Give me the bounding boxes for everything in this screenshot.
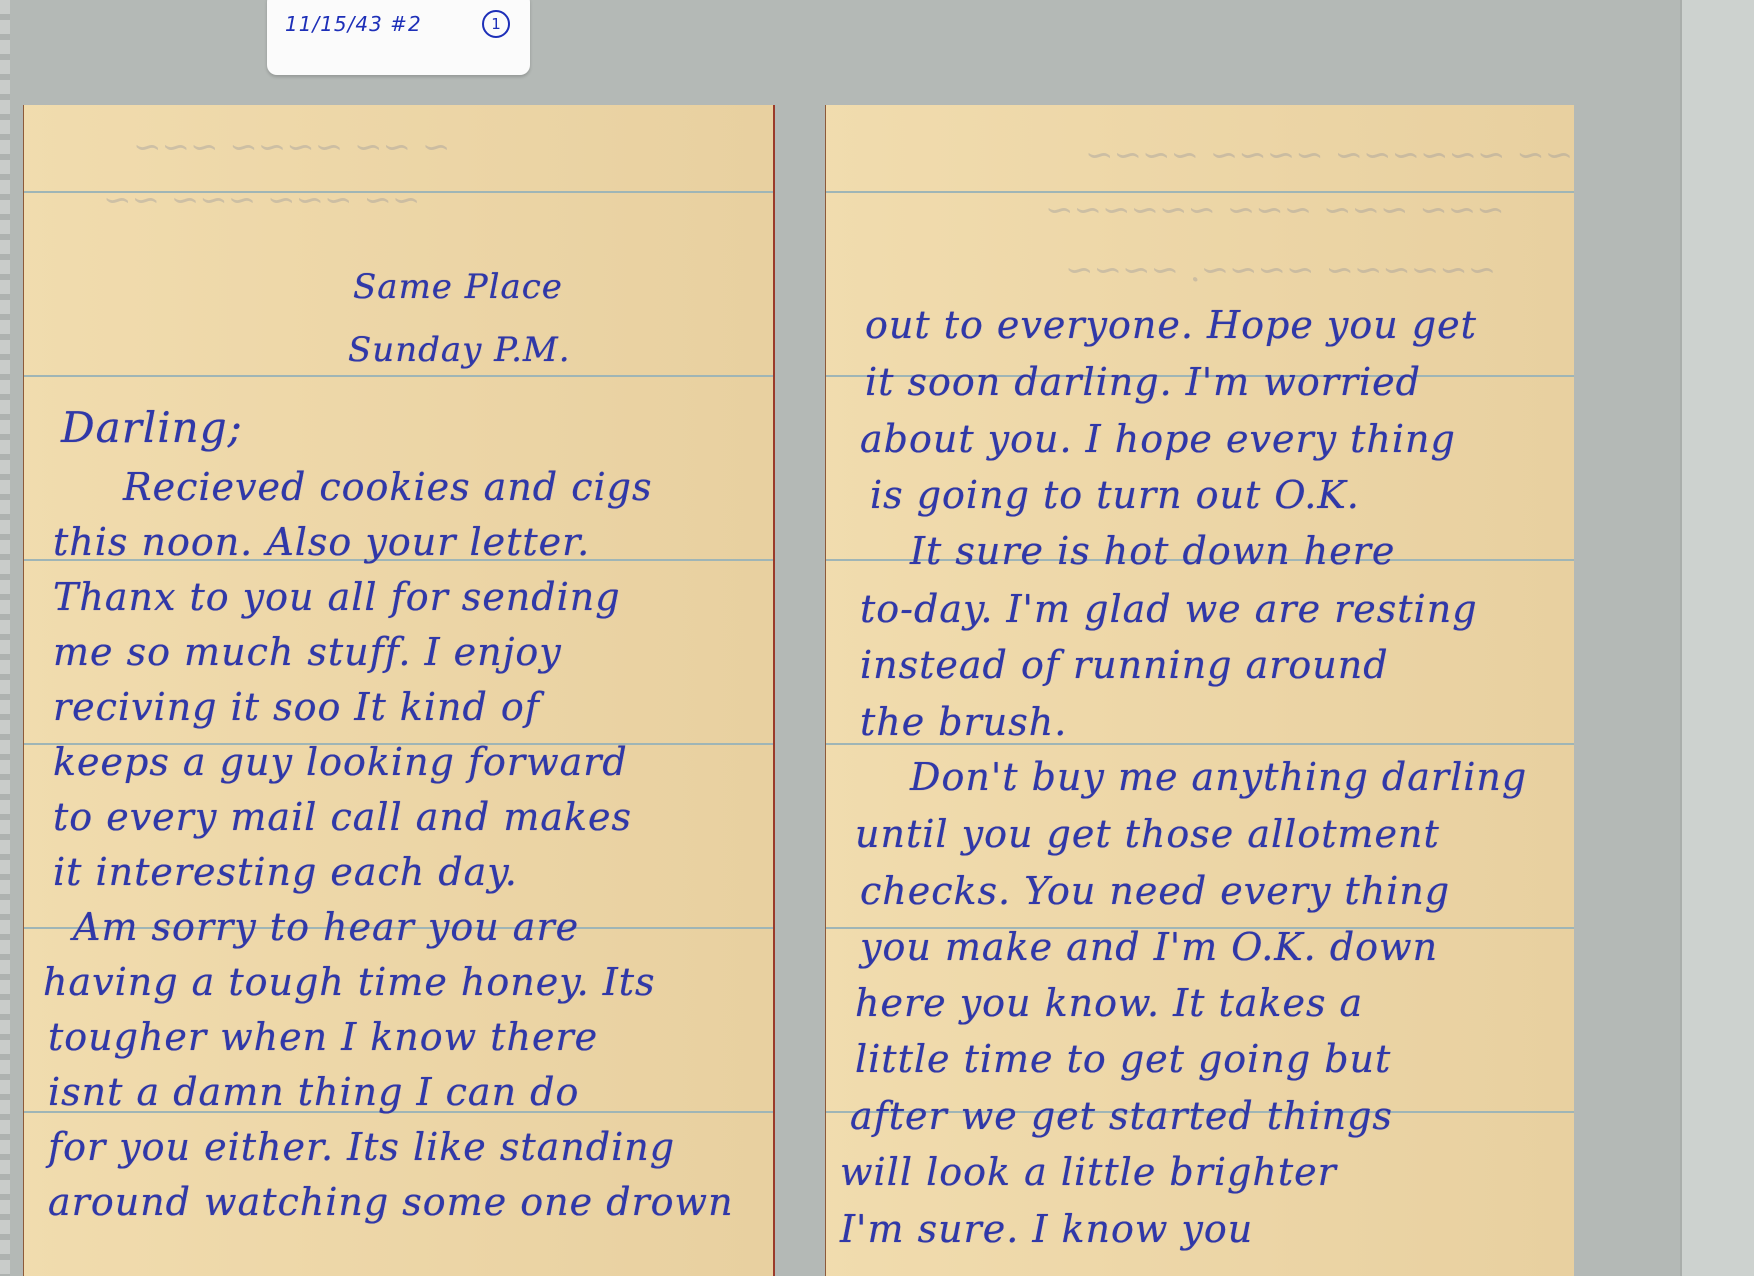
letter-page-left: ~ ~~ ~~~~ ~~~ ~~ ~~~ ~~~ ~~ Same Place S… (23, 105, 775, 1276)
letter-line: for you either. Its like standing (48, 1125, 675, 1169)
letter-line: reciving it soo It kind of (53, 685, 540, 729)
letter-line: it soon darling. I'm worried (865, 360, 1421, 404)
letter-line: instead of running around (860, 643, 1389, 687)
letter-line: having a tough time honey. Its (43, 960, 656, 1004)
letter-line: this noon. Also your letter. (53, 520, 590, 564)
letter-line: out to everyone. Hope you get (865, 303, 1477, 347)
letter-line: Am sorry to hear you are (73, 905, 579, 949)
letter-line: will look a little brighter (840, 1150, 1337, 1194)
archive-label-card: 11/15/43 #2 1 (267, 0, 530, 75)
letter-salutation: Darling; (61, 403, 243, 452)
letter-line: checks. You need every thing (860, 869, 1450, 913)
letter-line: you make and I'm O.K. down (860, 925, 1438, 969)
letter-line: tougher when I know there (48, 1015, 598, 1059)
letter-line: keeps a guy looking forward (53, 740, 628, 784)
letter-day: Sunday P.M. (348, 330, 571, 370)
letter-place: Same Place (353, 267, 563, 307)
letter-line: It sure is hot down here (910, 529, 1395, 573)
letter-line: after we get started things (850, 1094, 1393, 1138)
bleed-through-text: ~~~~~~ ~~~~. ~~~~ (1065, 250, 1496, 290)
letter-line: around watching some one drown (48, 1180, 734, 1224)
letter-line: to every mail call and makes (53, 795, 632, 839)
letter-line: about you. I hope every thing (860, 417, 1456, 461)
letter-line: Don't buy me anything darling (910, 755, 1527, 799)
letter-line: the brush. (860, 700, 1067, 744)
archive-page-number-circled: 1 (482, 10, 510, 38)
letter-line: until you get those allotment (855, 812, 1440, 856)
letter-line: Thanx to you all for sending (53, 575, 621, 619)
sleeve-edge (1680, 0, 1754, 1276)
letter-line: isnt a damn thing I can do (48, 1070, 579, 1114)
sleeve-binding-strip (0, 0, 10, 1276)
letter-line: to-day. I'm glad we are resting (860, 587, 1478, 631)
letter-line: Recieved cookies and cigs (123, 465, 652, 509)
bleed-through-text: ~~ ~~~~~~ ~~~~ ~~~~ (1085, 135, 1573, 175)
bleed-through-text: ~~ ~~~ ~~~ ~~ (103, 180, 420, 220)
letter-line: here you know. It takes a (855, 981, 1363, 1025)
letter-line: me so much stuff. I enjoy (53, 630, 562, 674)
letter-line: I'm sure. I know you (840, 1207, 1253, 1251)
bleed-through-text: ~~~ ~~~ ~~~ ~~~~~~ (1045, 190, 1505, 230)
letter-page-right: ~~ ~~~~~~ ~~~~ ~~~~ ~~~ ~~~ ~~~ ~~~~~~ ~… (825, 105, 1574, 1276)
letter-line: little time to get going but (855, 1037, 1391, 1081)
letter-line: it interesting each day. (53, 850, 518, 894)
letter-line: is going to turn out O.K. (870, 473, 1360, 517)
bleed-through-text: ~ ~~ ~~~~ ~~~ (133, 127, 450, 167)
archive-date-reference: 11/15/43 #2 (285, 12, 422, 36)
